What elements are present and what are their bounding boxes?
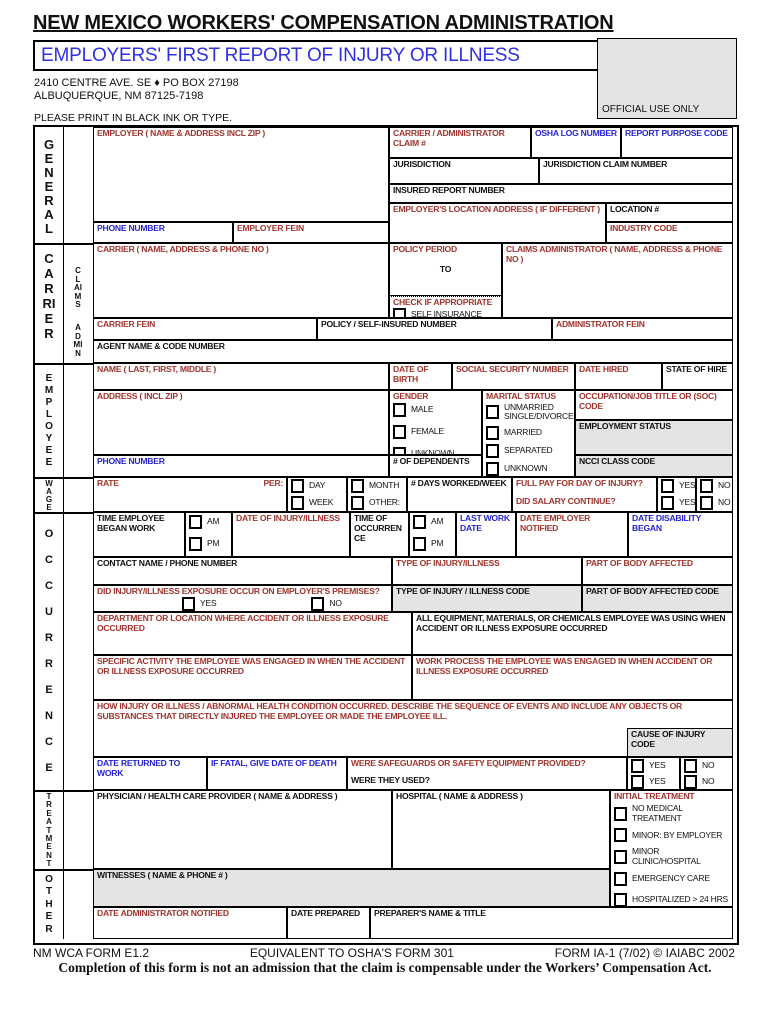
field-dependents: # OF DEPENDENTS xyxy=(389,455,482,477)
field-safeguards-yes-col: YES YES xyxy=(627,757,680,790)
field-admin-notified: DATE ADMINISTRATOR NOTIFIED xyxy=(93,907,287,939)
section-label-claims: CLAIMS xyxy=(73,267,83,310)
field-employer-fein: EMPLOYER FEIN xyxy=(233,222,389,243)
field-employment-status: EMPLOYMENT STATUS xyxy=(575,420,733,455)
field-jurisdiction-claim: JURISDICTION CLAIM NUMBER xyxy=(539,158,733,184)
field-date-returned: DATE RETURNED TO WORK xyxy=(93,757,207,790)
month-label: MONTH xyxy=(369,481,399,491)
field-premises: DID INJURY/ILLNESS EXPOSURE OCCUR ON EMP… xyxy=(93,585,392,612)
day-label: DAY xyxy=(309,481,325,491)
field-last-work-date: LAST WORK DATE xyxy=(456,512,516,557)
other-label: OTHER: xyxy=(369,498,400,508)
field-date-injury: DATE OF INJURY/ILLNESS xyxy=(232,512,350,557)
month-checkbox[interactable] xyxy=(351,479,364,493)
no-medical-checkbox[interactable] xyxy=(614,807,627,821)
field-claims-administrator: CLAIMS ADMINISTRATOR ( NAME, ADDRESS & P… xyxy=(502,243,733,318)
marital-unknown-label: UNKNOWN xyxy=(504,464,547,474)
field-activity: SPECIFIC ACTIVITY THE EMPLOYEE WAS ENGAG… xyxy=(93,655,412,700)
used-no-checkbox[interactable] xyxy=(684,775,697,789)
full-pay-label: FULL PAY FOR DAY OF INJURY? xyxy=(516,479,653,489)
field-physician: PHYSICIAN / HEALTH CARE PROVIDER ( NAME … xyxy=(93,790,392,869)
self-insurance-label: SELF INSURANCE xyxy=(411,310,482,318)
field-wage-no-col: NO NO xyxy=(696,477,733,512)
pm-label: PM xyxy=(431,539,443,549)
separated-label: SEPARATED xyxy=(504,446,552,456)
per-label: PER: xyxy=(263,479,283,510)
safeguards-no-checkbox[interactable] xyxy=(684,759,697,773)
field-location-number: LOCATION # xyxy=(606,203,733,222)
field-witnesses: WITNESSES ( NAME & PHONE # ) xyxy=(93,869,610,907)
field-admin-fein: ADMINISTRATOR FEIN xyxy=(552,318,733,340)
separated-checkbox[interactable] xyxy=(486,444,499,458)
form-table: GENERAL CARRIER CLAIMS ADMIN EMPLOYEE WA… xyxy=(33,125,739,945)
field-location-address: EMPLOYER'S LOCATION ADDRESS ( IF DIFFERE… xyxy=(389,203,606,243)
field-safeguards-no-col: NO NO xyxy=(680,757,733,790)
other-checkbox[interactable] xyxy=(351,496,364,510)
male-label: MALE xyxy=(411,405,433,415)
field-claim-number: CARRIER / ADMINISTRATOR CLAIM # xyxy=(389,127,531,158)
field-employee-name: NAME ( LAST, FIRST, MIDDLE ) xyxy=(93,363,389,390)
policy-to-label: TO xyxy=(393,265,498,275)
footer-form-ia: FORM IA-1 (7/02) © IAIABC 2002 xyxy=(555,946,735,960)
field-rate-month-other: MONTH OTHER: xyxy=(347,477,407,512)
field-occupation: OCCUPATION/JOB TITLE OR (SOC) CODE xyxy=(575,390,733,420)
footer-form-number: NM WCA FORM E1.2 xyxy=(33,946,149,960)
minor-employer-checkbox[interactable] xyxy=(614,828,627,842)
yes-label: YES xyxy=(649,761,665,771)
agency-address: 2410 CENTRE AVE. SE ♦ PO BOX 27198 ALBUQ… xyxy=(34,77,239,103)
field-employee-address: ADDRESS ( INCL ZIP ) xyxy=(93,390,389,455)
check-if-label: CHECK IF APPROPRIATE xyxy=(393,297,492,307)
field-report-purpose: REPORT PURPOSE CODE xyxy=(621,127,733,158)
treatment-option-label: MINOR: BY EMPLOYER xyxy=(632,831,722,841)
field-cause-code: CAUSE OF INJURY CODE xyxy=(627,728,733,757)
no-label: NO xyxy=(329,599,341,609)
began-am-checkbox[interactable] xyxy=(189,515,202,529)
yes-label: YES xyxy=(649,777,665,787)
yes-label: YES xyxy=(679,498,695,508)
week-label: WEEK xyxy=(309,498,333,508)
marital-unknown-checkbox[interactable] xyxy=(486,462,499,476)
address-line2: ALBUQUERQUE, NM 87125-7198 xyxy=(34,90,239,103)
field-insured-report: INSURED REPORT NUMBER xyxy=(389,184,733,203)
salary-continue-label: DID SALARY CONTINUE? xyxy=(516,497,653,507)
section-label-treatment: TREATMENT xyxy=(44,793,54,869)
field-gender: GENDER MALE FEMALE UNKNOWN xyxy=(389,390,482,455)
field-rate-day-week: DAY WEEK xyxy=(287,477,347,512)
section-label-admin: ADMIN xyxy=(73,324,83,358)
treatment-option-label: MINOR CLINIC/HOSPITAL xyxy=(632,847,729,867)
field-contact: CONTACT NAME / PHONE NUMBER xyxy=(93,557,392,585)
no-label: NO xyxy=(718,481,730,491)
yes-label: YES xyxy=(679,481,695,491)
hospitalized-checkbox[interactable] xyxy=(614,893,627,907)
premises-label: DID INJURY/ILLNESS EXPOSURE OCCUR ON EMP… xyxy=(97,586,380,596)
premises-no-checkbox[interactable] xyxy=(311,597,324,611)
field-part-body: PART OF BODY AFFECTED xyxy=(582,557,733,585)
section-label-employee: EMPLOYEE xyxy=(43,373,55,469)
field-employer-notified: DATE EMPLOYER NOTIFIED xyxy=(516,512,628,557)
premises-yes-checkbox[interactable] xyxy=(182,597,195,611)
no-label: NO xyxy=(702,777,714,787)
address-line1: 2410 CENTRE AVE. SE ♦ PO BOX 27198 xyxy=(34,77,239,90)
field-ncci: NCCI CLASS CODE xyxy=(575,455,733,477)
official-use-label: OFFICIAL USE ONLY xyxy=(602,104,699,115)
section-label-other: OTHER xyxy=(43,874,55,936)
section-label-wage: WAGE xyxy=(44,480,54,512)
gender-label: GENDER xyxy=(393,391,428,401)
pm-label: PM xyxy=(207,539,219,549)
self-insurance-checkbox[interactable] xyxy=(393,308,406,318)
day-checkbox[interactable] xyxy=(291,479,304,493)
field-began-ampm: AM PM xyxy=(185,512,232,557)
were-used-label: WERE THEY USED? xyxy=(351,776,623,786)
footer-disclaimer: Completion of this form is not an admiss… xyxy=(0,960,770,976)
rate-label: RATE xyxy=(97,479,119,510)
initial-treatment-label: INITIAL TREATMENT xyxy=(614,791,694,801)
field-occ-ampm: AM PM xyxy=(409,512,456,557)
treatment-option-label: HOSPITALIZED > 24 HRS xyxy=(632,895,728,905)
policy-period-label: POLICY PERIOD xyxy=(393,244,457,254)
field-wage-yes-col: YES YES xyxy=(657,477,696,512)
section-label-general: GENERAL xyxy=(42,138,56,236)
field-part-code: PART OF BODY AFFECTED CODE xyxy=(582,585,733,612)
field-type-injury: TYPE OF INJURY/ILLNESS xyxy=(392,557,582,585)
full-pay-yes-checkbox[interactable] xyxy=(661,479,674,493)
field-days-worked: # DAYS WORKED/WEEK xyxy=(407,477,512,512)
emergency-care-checkbox[interactable] xyxy=(614,872,627,886)
field-began-work: TIME EMPLOYEE BEGAN WORK xyxy=(93,512,185,557)
field-dob: DATE OF BIRTH xyxy=(389,363,452,390)
footer-equivalent: EQUIVALENT TO OSHA'S FORM 301 xyxy=(250,946,454,960)
male-checkbox[interactable] xyxy=(393,403,406,417)
field-check-if-appropriate: CHECK IF APPROPRIATE SELF INSURANCE xyxy=(389,296,502,318)
field-department: DEPARTMENT OR LOCATION WHERE ACCIDENT OR… xyxy=(93,612,412,655)
unmarried-label: UNMARRIED SINGLE/DIVORCED xyxy=(504,403,575,422)
field-if-fatal: IF FATAL, GIVE DATE OF DEATH xyxy=(207,757,347,790)
form-title: EMPLOYERS' FIRST REPORT OF INJURY OR ILL… xyxy=(41,45,520,67)
field-disability-began: DATE DISABILITY BEGAN xyxy=(628,512,733,557)
gender-unknown-checkbox[interactable] xyxy=(393,447,406,455)
field-phone-number: PHONE NUMBER xyxy=(93,222,233,243)
footer-row: NM WCA FORM E1.2 EQUIVALENT TO OSHA'S FO… xyxy=(33,946,735,960)
official-use-box: OFFICIAL USE ONLY xyxy=(597,38,737,119)
section-label-occurrence: OCCURRENCE xyxy=(43,521,55,781)
field-employee-phone: PHONE NUMBER xyxy=(93,455,389,477)
agency-title: NEW MEXICO WORKERS' COMPENSATION ADMINIS… xyxy=(33,12,614,35)
field-type-code: TYPE OF INJURY / ILLNESS CODE xyxy=(392,585,582,612)
field-jurisdiction: JURISDICTION xyxy=(389,158,539,184)
treatment-option-label: NO MEDICAL TREATMENT xyxy=(632,804,729,824)
field-safeguards: WERE SAFEGUARDS OR SAFETY EQUIPMENT PROV… xyxy=(347,757,627,790)
salary-no-checkbox[interactable] xyxy=(700,496,713,510)
field-work-process: WORK PROCESS THE EMPLOYEE WAS ENGAGED IN… xyxy=(412,655,733,700)
full-pay-no-checkbox[interactable] xyxy=(700,479,713,493)
field-preparer: PREPARER'S NAME & TITLE xyxy=(370,907,733,939)
am-label: AM xyxy=(431,517,443,527)
no-label: NO xyxy=(718,498,730,508)
occ-pm-checkbox[interactable] xyxy=(413,537,426,551)
field-time-occurrence: TIME OF OCCURRENCE xyxy=(350,512,409,557)
field-marital-status: MARITAL STATUS UNMARRIED SINGLE/DIVORCED… xyxy=(482,390,575,477)
minor-clinic-checkbox[interactable] xyxy=(614,850,627,864)
field-date-prepared: DATE PREPARED xyxy=(287,907,370,939)
field-osha-log: OSHA LOG NUMBER xyxy=(531,127,621,158)
female-label: FEMALE xyxy=(411,427,444,437)
field-equipment: ALL EQUIPMENT, MATERIALS, OR CHEMICALS E… xyxy=(412,612,733,655)
salary-yes-checkbox[interactable] xyxy=(661,496,674,510)
female-checkbox[interactable] xyxy=(393,425,406,439)
field-policy-period: POLICY PERIOD TO xyxy=(389,243,502,296)
unmarried-checkbox[interactable] xyxy=(486,405,499,419)
am-label: AM xyxy=(207,517,219,527)
yes-label: YES xyxy=(200,599,216,609)
field-policy-number: POLICY / SELF-INSURED NUMBER xyxy=(317,318,552,340)
field-ssn: SOCIAL SECURITY NUMBER xyxy=(452,363,575,390)
no-label: NO xyxy=(702,761,714,771)
treatment-option-label: EMERGENCY CARE xyxy=(632,874,710,884)
began-pm-checkbox[interactable] xyxy=(189,537,202,551)
married-label: MARRIED xyxy=(504,428,542,438)
form-title-box: EMPLOYERS' FIRST REPORT OF INJURY OR ILL… xyxy=(33,40,599,71)
divider xyxy=(63,127,64,939)
marital-label: MARITAL STATUS xyxy=(486,391,556,401)
field-carrier-fein: CARRIER FEIN xyxy=(93,318,317,340)
field-employer: EMPLOYER ( NAME & ADDRESS INCL ZIP ) xyxy=(93,127,389,222)
field-hospital: HOSPITAL ( NAME & ADDRESS ) xyxy=(392,790,610,869)
field-date-hired: DATE HIRED xyxy=(575,363,662,390)
field-state-of-hire: STATE OF HIRE xyxy=(662,363,733,390)
occ-am-checkbox[interactable] xyxy=(413,515,426,529)
form-page: NEW MEXICO WORKERS' COMPENSATION ADMINIS… xyxy=(0,0,770,1024)
field-rate: RATE PER: xyxy=(93,477,287,512)
field-agent: AGENT NAME & CODE NUMBER xyxy=(93,340,733,363)
married-checkbox[interactable] xyxy=(486,426,499,440)
print-instruction: PLEASE PRINT IN BLACK INK OR TYPE. xyxy=(34,112,232,124)
safeguards-yes-checkbox[interactable] xyxy=(631,759,644,773)
field-industry-code: INDUSTRY CODE xyxy=(606,222,733,243)
field-initial-treatment: INITIAL TREATMENT NO MEDICAL TREATMENT M… xyxy=(610,790,733,907)
field-full-pay: FULL PAY FOR DAY OF INJURY? DID SALARY C… xyxy=(512,477,657,512)
week-checkbox[interactable] xyxy=(291,496,304,510)
section-label-carrier: CARRIER xyxy=(42,251,56,341)
safeguards-label: WERE SAFEGUARDS OR SAFETY EQUIPMENT PROV… xyxy=(351,759,623,769)
field-carrier: CARRIER ( NAME, ADDRESS & PHONE NO ) xyxy=(93,243,389,318)
used-yes-checkbox[interactable] xyxy=(631,775,644,789)
